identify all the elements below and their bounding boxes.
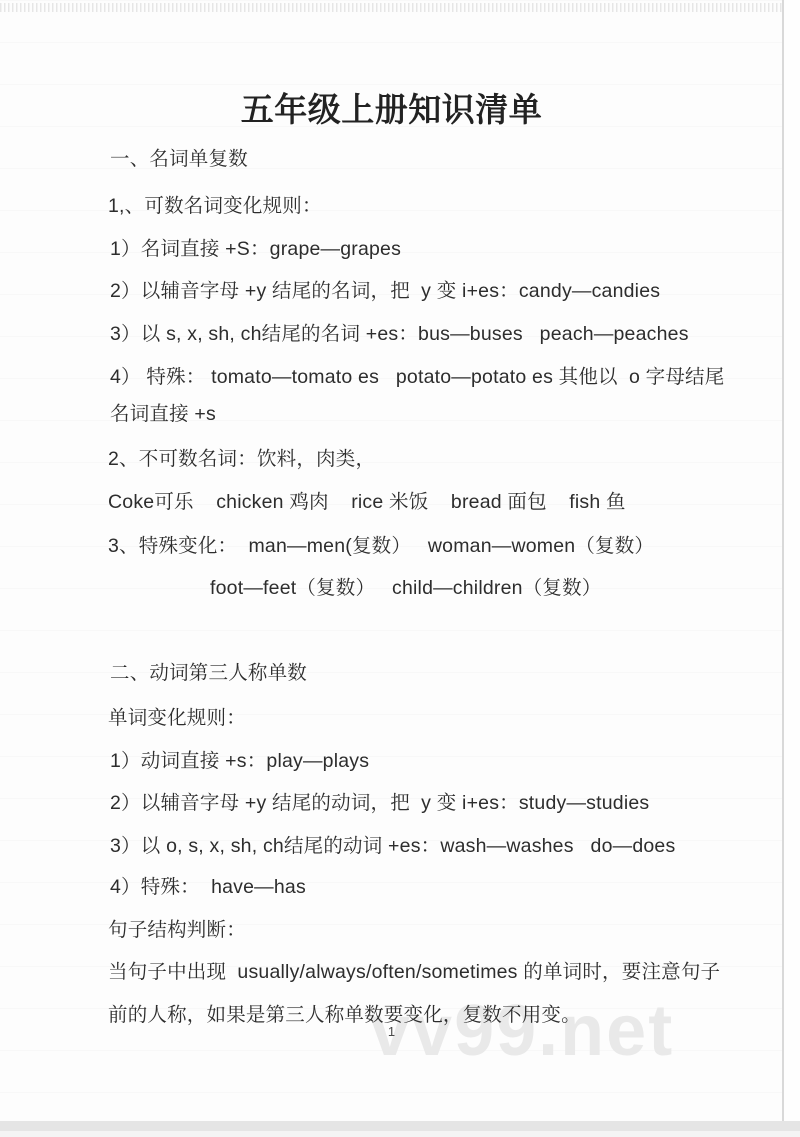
rule-line: 3）以 o, s, x, sh, ch结尾的动词 +es：wash—washes…	[110, 833, 675, 859]
page-title: 五年级上册知识清单	[0, 84, 783, 131]
scanned-document-page: vv99.net 五年级上册知识清单 一、名词单复数 1,、可数名词变化规则： …	[0, 0, 800, 1137]
page-number: 1	[0, 1024, 783, 1039]
perforation-texture	[0, 3, 797, 12]
rule-line: 2）以辅音字母 +y 结尾的名词，把 y 变 i+es：candy—candie…	[110, 278, 660, 304]
rule-heading: 1,、可数名词变化规则：	[108, 193, 322, 219]
vocab-line: Coke可乐 chicken 鸡肉 rice 米饭 bread 面包 fish …	[108, 489, 626, 515]
rule-line: 3、特殊变化： man—men(复数） woman—women（复数）	[108, 533, 654, 559]
rule-heading: 句子结构判断：	[108, 917, 246, 943]
rule-heading: 单词变化规则：	[108, 705, 246, 731]
rule-line: 3）以 s, x, sh, ch结尾的名词 +es：bus—buses peac…	[110, 321, 689, 347]
rule-line: 名词直接 +s	[110, 401, 216, 427]
rule-heading: 2、不可数名词：饮料，肉类，	[108, 446, 375, 472]
rule-line: 4） 特殊： tomato—tomato es potato—potato es…	[110, 364, 724, 390]
rule-line: foot—feet（复数） child—children（复数）	[210, 575, 602, 601]
section-heading-2: 二、动词第三人称单数	[110, 660, 307, 686]
rule-line: 2）以辅音字母 +y 结尾的动词，把 y 变 i+es：study—studie…	[110, 790, 649, 816]
rule-line: 4）特殊： have—has	[110, 874, 306, 900]
rule-line: 1）动词直接 +s：play—plays	[110, 748, 369, 774]
page-bottom-edge	[0, 1121, 800, 1131]
section-heading-1: 一、名词单复数	[110, 146, 248, 172]
page-bottom-margin	[0, 1131, 800, 1137]
right-margin-strip	[784, 0, 800, 1121]
rule-line: 1）名词直接 +S：grape—grapes	[110, 236, 401, 262]
body-line: 当句子中出现 usually/always/often/sometimes 的单…	[108, 959, 720, 985]
